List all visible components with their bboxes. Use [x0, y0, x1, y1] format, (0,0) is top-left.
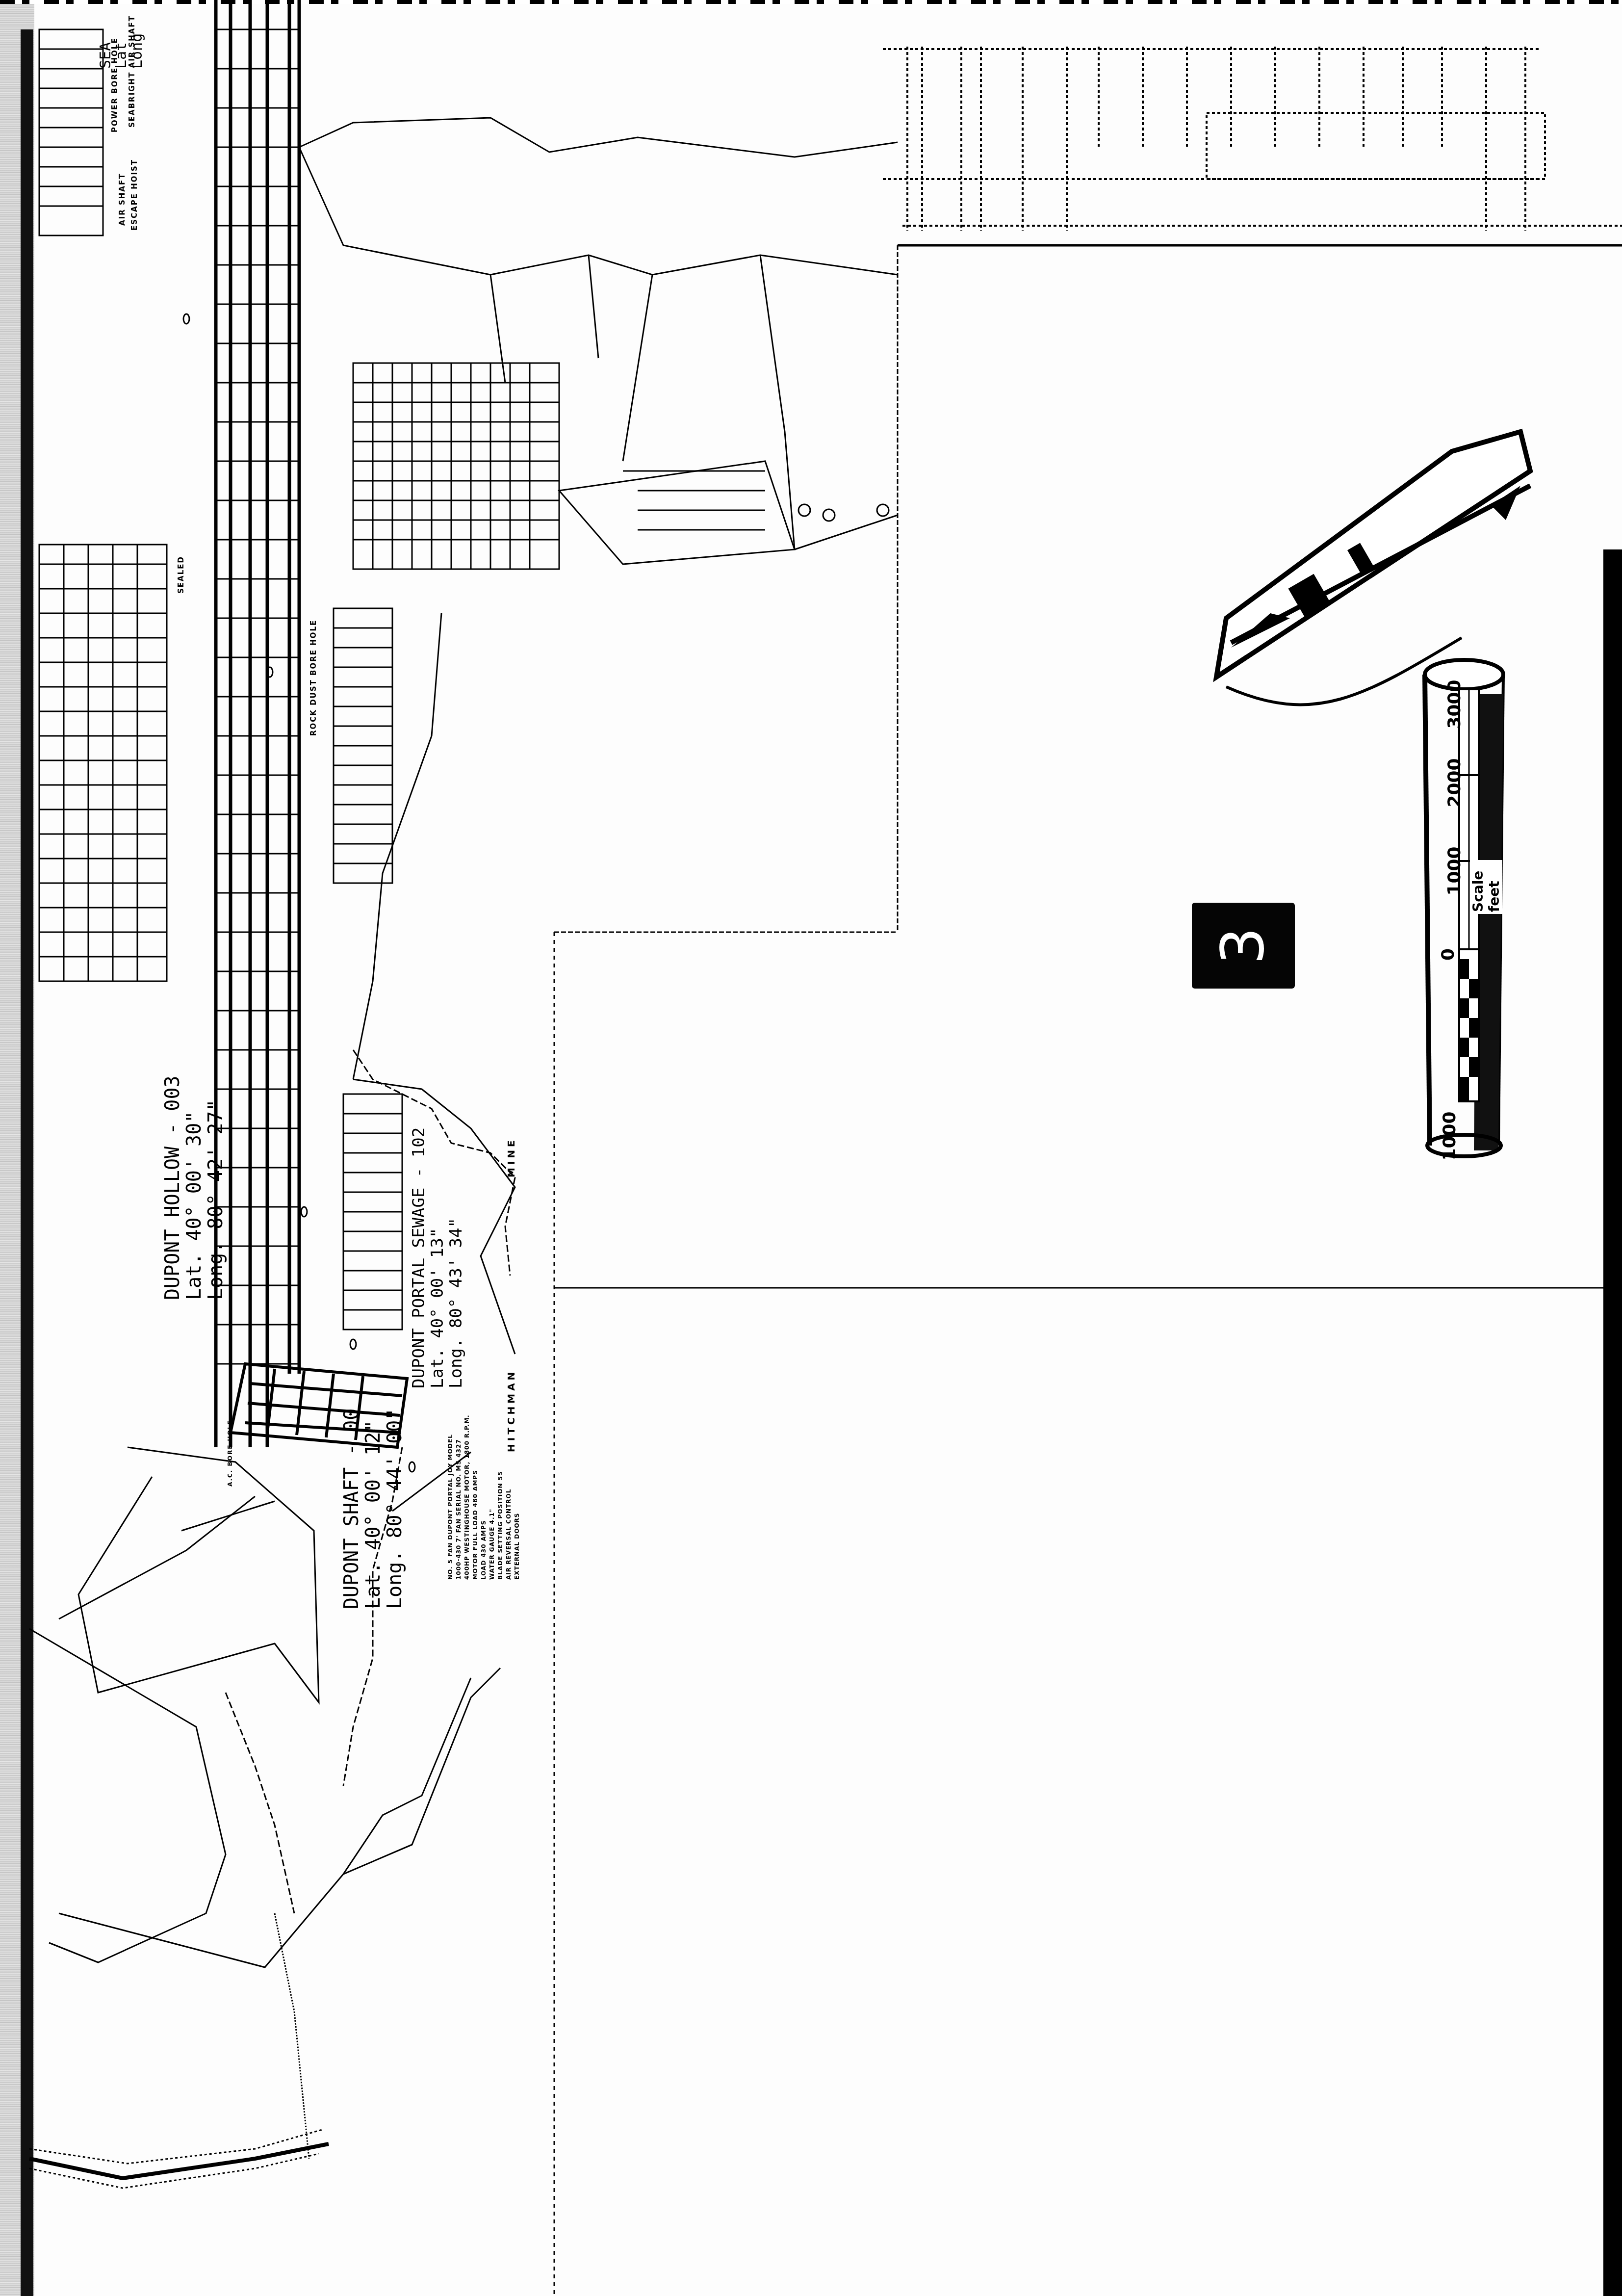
panel-upper-center — [353, 363, 795, 569]
road-dashed — [29, 2129, 324, 2188]
rock-dust-bore-hole-label: ROCK DUST BORE HOLE — [309, 620, 318, 736]
hitchman-label: HITCHMAN — [505, 1369, 517, 1452]
main-entries-crosscuts — [216, 29, 299, 1364]
main-entries — [216, 0, 299, 1447]
ac-bore-hole-label: A.C. BORE HOLE — [226, 1419, 235, 1487]
map-sheet: SEA Lat Long SEABRIGHT AIR SHAFT POWER B… — [0, 0, 1622, 2296]
top-left-label: SEA Lat Long — [98, 33, 145, 69]
mine-label: MINE — [505, 1137, 517, 1177]
scale-tick-3000: 3000 — [1444, 679, 1465, 729]
sheet-number: 3 — [1214, 927, 1273, 964]
power-bore-hole-label: POWER BORE HOLE — [110, 37, 120, 132]
scale-bar: 1000 0 1000 2000 3000 Scale feet — [1415, 655, 1513, 1165]
seabright-air-shaft-label: SEABRIGHT AIR SHAFT — [128, 15, 137, 128]
air-shaft-label: AIR SHAFT — [118, 173, 127, 226]
mine-map-drawing — [0, 0, 1622, 2296]
escape-hoist-label: ESCAPE HOIST — [130, 159, 139, 231]
dupont-hollow-label: DUPONT HOLLOW - 003 Lat. 40° 00' 30" Lon… — [162, 1075, 227, 1300]
dupont-portal-sewage-label: DUPONT PORTAL SEWAGE - 102 Lat. 40° 00' … — [410, 1127, 465, 1388]
sheet-number-badge: 3 — [1192, 903, 1295, 989]
scale-tick-1000: 1000 — [1444, 846, 1465, 895]
scale-tick-2000: 2000 — [1444, 758, 1465, 807]
scale-tick-zero: 0 — [1438, 948, 1458, 961]
panel-middle — [334, 608, 402, 1330]
dupont-shaft-label: DUPONT SHAFT - 00 Lat. 40° 00' 12" Long.… — [341, 1409, 406, 1609]
scale-tick-left: 1000 — [1440, 1111, 1460, 1160]
property-lines — [29, 118, 898, 1967]
scale-title: Scale feet — [1470, 860, 1502, 914]
upper-right-workings — [883, 47, 1622, 231]
panel-left — [39, 29, 167, 981]
road — [29, 2144, 329, 2178]
sealed-label: SEALED — [177, 556, 186, 594]
